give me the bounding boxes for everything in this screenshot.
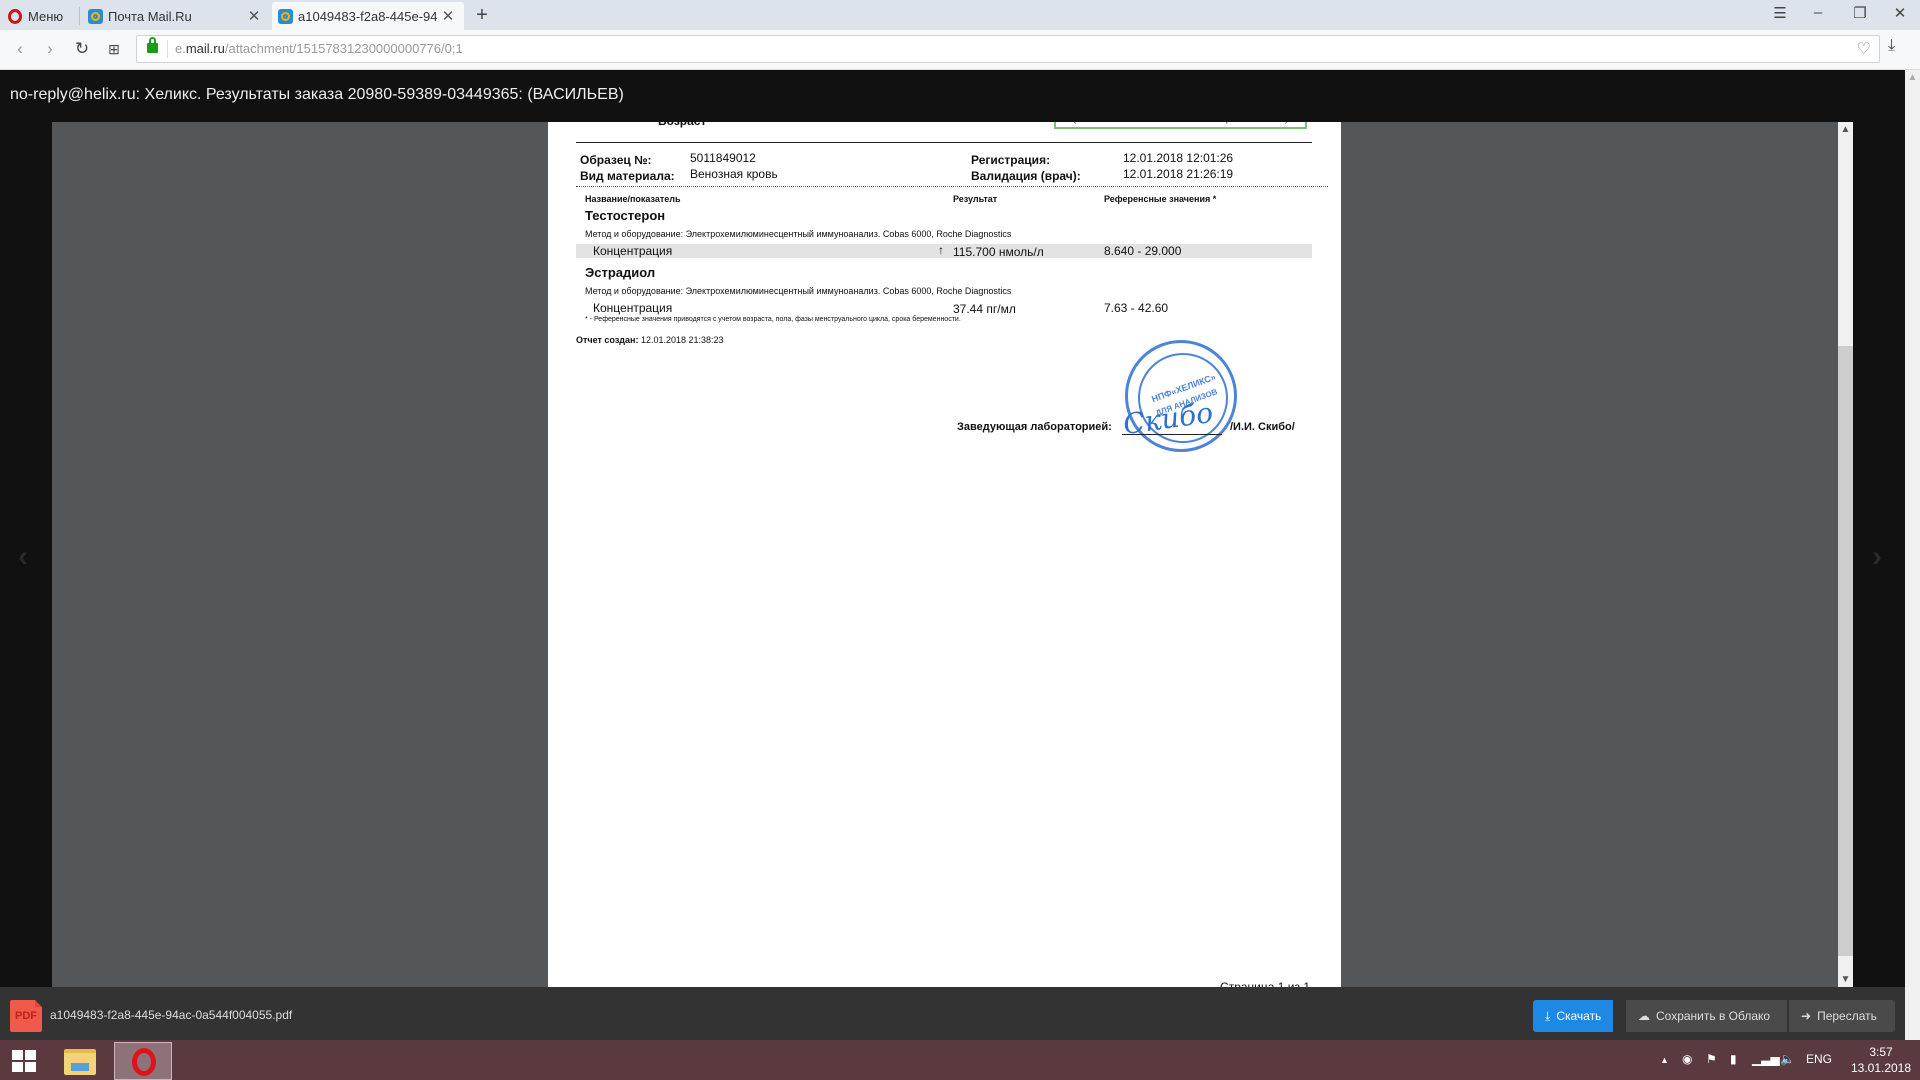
registration-label: Регистрация: [971, 153, 1050, 167]
registration-value: 12.01.2018 12:01:26 [1123, 151, 1233, 165]
viewer-title: no-reply@helix.ru: Хеликс. Результаты за… [10, 86, 624, 104]
minimize-button[interactable]: – [1808, 4, 1828, 21]
tray-app-icon[interactable]: ◉ [1682, 1052, 1692, 1066]
tab-title: Почта Mail.Ru [108, 9, 244, 24]
sample-value: 5011849012 [690, 151, 756, 165]
test-name: Тестостерон [585, 208, 665, 223]
system-clock[interactable]: 3:57 13.01.2018 [1846, 1044, 1916, 1076]
bookmark-heart-icon[interactable]: ♡ [1857, 39, 1871, 59]
opera-logo-icon [8, 9, 22, 24]
footnote: * - Референсные значения приводятся с уч… [585, 316, 961, 323]
result-row: Концентрация 37.44 пг/мл 7.63 - 42.60 [576, 301, 1312, 315]
url-input[interactable]: e.mail.ru/attachment/1515783123000000077… [136, 35, 1880, 63]
tab-separator [79, 7, 80, 25]
network-signal-icon[interactable]: ▁▃▅ [1752, 1052, 1780, 1066]
opera-menu-button[interactable]: Меню [8, 6, 63, 26]
windows-start-button[interactable] [12, 1050, 36, 1072]
hotline-box: (звонки бесплатны из любого региона РФ) [1054, 122, 1307, 129]
forward-button[interactable]: › [40, 39, 60, 59]
url-separator [167, 40, 168, 58]
page-scrollbar[interactable]: ▲ [1905, 70, 1920, 1040]
url-text: e.mail.ru/attachment/1515783123000000077… [175, 41, 463, 56]
param-name: Концентрация [593, 301, 672, 315]
download-icon: ⤓ [1545, 1009, 1550, 1024]
attachment-viewer: no-reply@helix.ru: Хеликс. Результаты за… [0, 70, 1905, 1040]
opera-logo-icon [132, 1048, 156, 1076]
new-tab-button[interactable]: + [472, 4, 492, 27]
sample-label: Образец №: [580, 153, 651, 167]
forward-button[interactable]: ➜ Переслать [1789, 1000, 1895, 1032]
battery-icon[interactable]: ▮ [1730, 1052, 1737, 1066]
test-method: Метод и оборудование: Электрохемилюминес… [585, 286, 1011, 296]
param-name: Концентрация [593, 244, 672, 258]
mailru-favicon-icon [278, 9, 293, 24]
arrow-right-icon: ➜ [1801, 1009, 1811, 1023]
tab-close-icon[interactable]: ✕ [438, 7, 458, 25]
reload-button[interactable]: ↻ [72, 39, 92, 59]
tray-overflow-icon[interactable]: ▲ [1660, 1055, 1669, 1065]
column-header-reference: Референсные значения * [1104, 194, 1216, 204]
result-row: Концентрация ↑ 115.700 нмоль/л 8.640 - 2… [576, 244, 1312, 258]
divider [576, 142, 1312, 143]
scroll-up-arrow-icon[interactable]: ▲ [1905, 72, 1920, 83]
document-scrollbar[interactable]: ▲ ▼ [1838, 122, 1853, 987]
windows-taskbar: ▲ ◉ ⚑ ▮ ▁▃▅ 🔈 ENG 3:57 13.01.2018 [0, 1040, 1920, 1080]
volume-icon[interactable]: 🔈 [1780, 1052, 1795, 1066]
tab-menu-icon[interactable]: ☰ [1770, 4, 1790, 22]
address-bar-row: ‹ › ↻ ⊞ e.mail.ru/attachment/15157831230… [0, 30, 1920, 70]
column-header-name: Название/показатель [585, 194, 681, 204]
cloud-icon: ☁ [1638, 1009, 1650, 1023]
action-center-flag-icon[interactable]: ⚑ [1706, 1052, 1717, 1066]
attachment-filename: a1049483-f2a8-445e-94ac-0a544f004055.pdf [50, 1008, 292, 1022]
result-value: 37.44 пг/мл [953, 302, 1016, 316]
lab-head-name: /И.И. Скибо/ [1230, 421, 1295, 433]
mailru-favicon-icon [88, 9, 103, 24]
opera-taskbar-button[interactable] [114, 1042, 172, 1080]
speed-dial-icon[interactable]: ⊞ [104, 41, 124, 58]
prev-attachment-chevron-icon[interactable]: ‹ [18, 540, 28, 574]
save-to-cloud-button[interactable]: ☁ Сохранить в Облако [1626, 1000, 1787, 1032]
menu-label: Меню [28, 9, 63, 24]
pdf-document-area[interactable]: Возраст (звонки бесплатны из любого реги… [52, 122, 1838, 987]
reference-range: 7.63 - 42.60 [1104, 301, 1168, 315]
material-label: Вид материала: [580, 169, 675, 183]
page-indicator: Страница 1 из 1 [1220, 980, 1310, 987]
column-header-result: Результат [953, 194, 997, 204]
download-button[interactable]: ⤓ Скачать [1533, 1000, 1613, 1032]
validation-value: 12.01.2018 21:26:19 [1123, 167, 1233, 181]
material-value: Венозная кровь [690, 167, 778, 181]
reference-range: 8.640 - 29.000 [1104, 244, 1181, 258]
report-created: Отчет создан: 12.01.2018 21:38:23 [576, 335, 724, 345]
tab-title: a1049483-f2a8-445e-94ac [298, 9, 438, 24]
high-flag-arrow-icon: ↑ [938, 243, 944, 257]
scroll-down-arrow-icon[interactable]: ▼ [1838, 974, 1853, 985]
browser-tab-bar: Меню Почта Mail.Ru ✕ a1049483-f2a8-445e-… [0, 0, 1920, 30]
restore-button[interactable]: ❐ [1850, 4, 1870, 22]
language-indicator[interactable]: ENG [1806, 1052, 1832, 1066]
pdf-page: Возраст (звонки бесплатны из любого реги… [548, 122, 1341, 987]
test-name: Эстрадиол [585, 265, 655, 280]
file-explorer-icon[interactable] [64, 1049, 96, 1075]
lab-head-label: Заведующая лабораторией: [957, 421, 1112, 433]
scroll-up-arrow-icon[interactable]: ▲ [1838, 124, 1853, 135]
lock-icon[interactable] [147, 43, 158, 53]
scrollbar-thumb[interactable] [1838, 346, 1853, 956]
downloads-icon[interactable]: ⤓ [1888, 37, 1895, 55]
result-value: 115.700 нмоль/л [953, 245, 1044, 259]
next-attachment-chevron-icon[interactable]: › [1872, 540, 1882, 574]
dotted-divider [576, 186, 1328, 187]
validation-label: Валидация (врач): [971, 169, 1081, 183]
tab-mail[interactable]: Почта Mail.Ru ✕ [82, 2, 270, 30]
pdf-file-icon: PDF [10, 1000, 42, 1032]
tab-close-icon[interactable]: ✕ [244, 7, 264, 25]
signature-line [1122, 434, 1222, 435]
back-button[interactable]: ‹ [10, 39, 30, 59]
close-window-button[interactable]: ✕ [1890, 4, 1910, 22]
tab-attachment[interactable]: a1049483-f2a8-445e-94ac ✕ [272, 2, 464, 30]
attachment-bar: PDF a1049483-f2a8-445e-94ac-0a544f004055… [0, 987, 1905, 1040]
test-method: Метод и оборудование: Электрохемилюминес… [585, 229, 1011, 239]
cut-off-label: Возраст [658, 122, 706, 128]
